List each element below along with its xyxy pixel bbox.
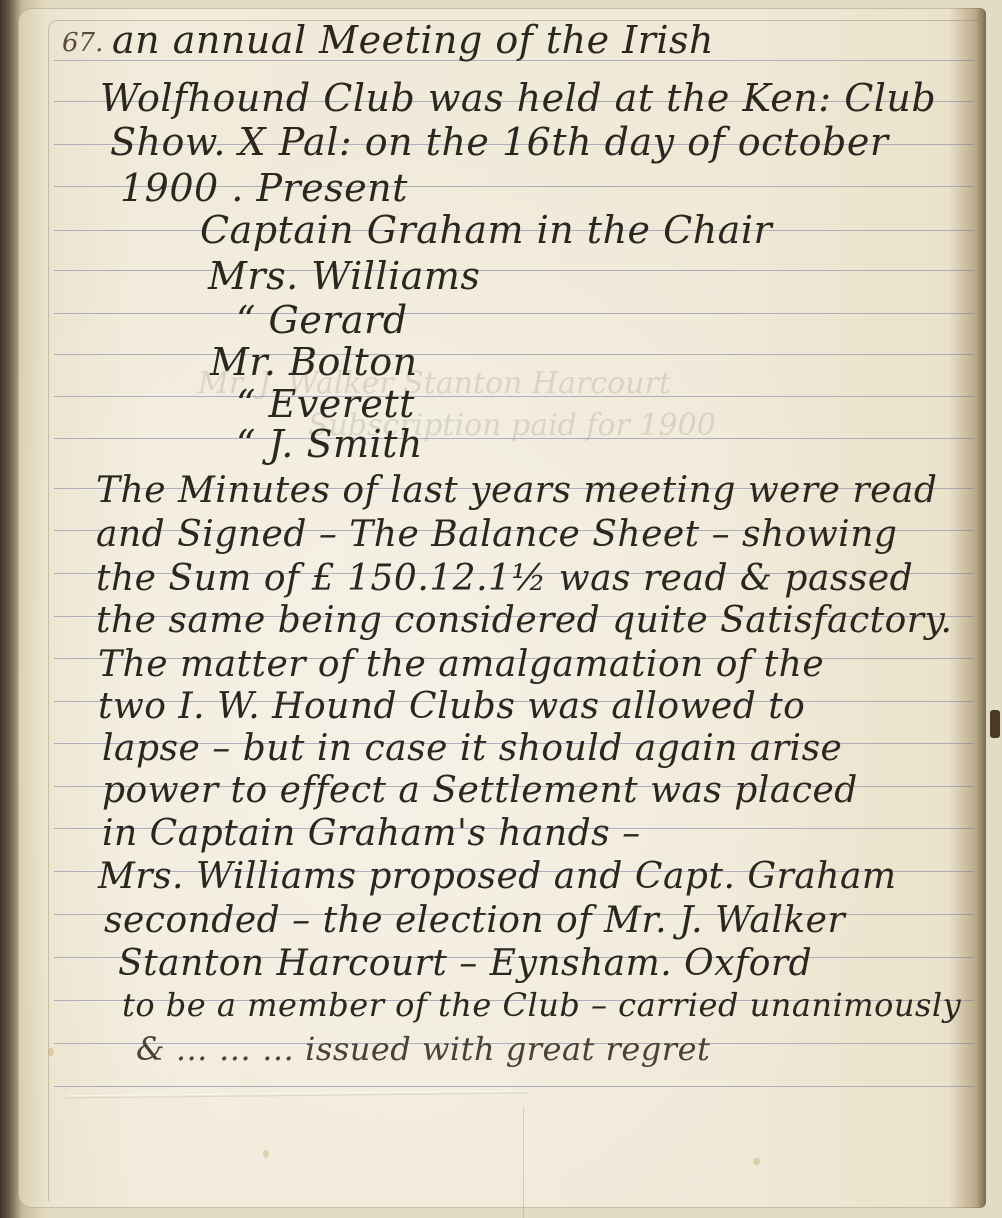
minutes-line: in Captain Graham's hands – [102,813,641,854]
attendee: “ Gerard [236,298,408,342]
foxing-spot [48,1048,54,1056]
minutes-line: The matter of the amalgamation of the [98,644,824,685]
attendee: Mrs. Williams [208,254,480,298]
minutes-line: two I. W. Hound Clubs was allowed to [98,686,805,727]
minutes-line: Stanton Harcourt – Eynsham. Oxford [118,943,812,984]
ruled-line [54,313,974,314]
minutes-line: seconded – the election of Mr. J. Walker [104,900,845,941]
ruled-line [54,354,974,355]
minutes-line: Wolfhound Club was held at the Ken: Club [100,76,936,120]
foxing-spot [263,1150,269,1158]
ruled-line [54,1086,974,1087]
attendee: “ J. Smith [236,422,423,466]
page-crease [523,1108,524,1218]
attendee: “ Everett [236,382,415,426]
minutes-line: & … … … issued with great regret [136,1030,710,1068]
foxing-spot [753,1158,760,1165]
ruled-line [54,270,974,271]
minutes-line: 1900 . Present [120,166,408,210]
page-number: 67. [62,28,103,58]
minutes-line: the same being considered quite Satisfac… [96,600,952,641]
minutes-line: The Minutes of last years meeting were r… [96,470,937,511]
minutes-line: lapse – but in case it should again aris… [102,728,842,769]
minutes-line: to be a member of the Club – carried una… [122,986,961,1024]
minutes-line: an annual Meeting of the Irish [112,18,714,62]
minutes-line: Mrs. Williams proposed and Capt. Graham [98,856,897,897]
minute-book-page: Mr. J. Walker Stanton Harcourt Subscript… [18,8,986,1208]
minutes-line: the Sum of £ 150.12.1½ was read & passed [96,558,913,599]
minutes-line: Show. X Pal: on the 16th day of october [110,120,889,164]
ribbon-marker [990,710,1000,738]
minutes-line: power to effect a Settlement was placed [102,770,858,811]
attendee: Mr. Bolton [210,340,418,384]
minutes-line: and Signed – The Balance Sheet – showing [96,514,897,555]
attendee-chair: Captain Graham in the Chair [200,208,772,252]
